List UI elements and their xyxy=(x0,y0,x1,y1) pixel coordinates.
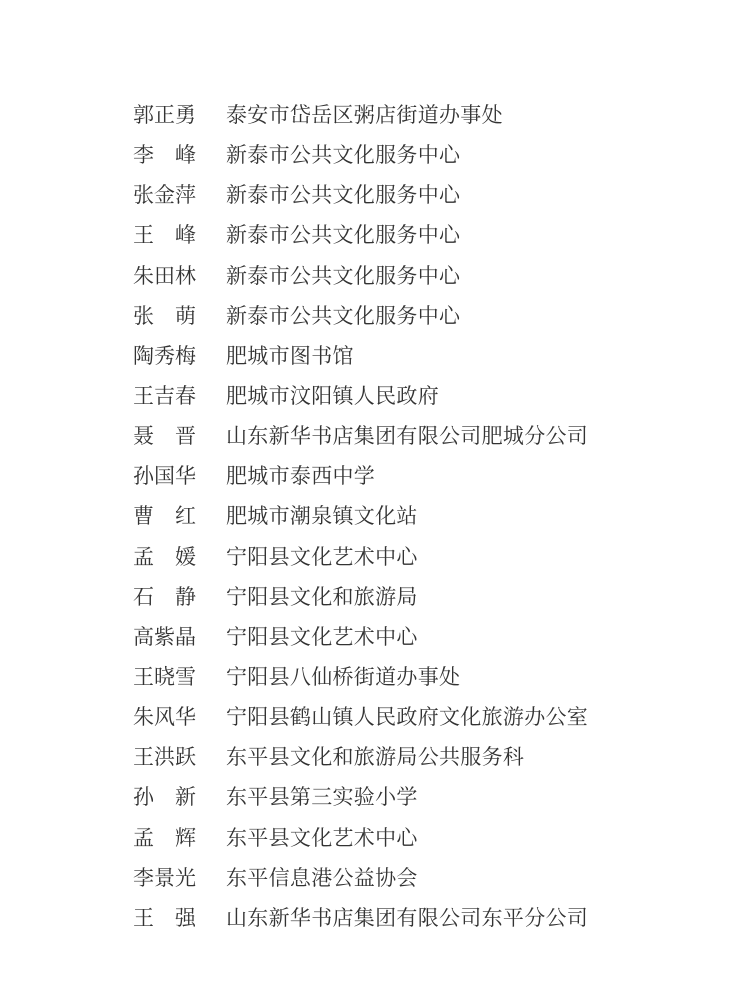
roster-list: 郭正勇泰安市岱岳区粥店街道办事处李 峰新泰市公共文化服务中心张金萍新泰市公共文化… xyxy=(133,103,588,946)
person-name: 陶秀梅 xyxy=(133,344,197,368)
person-name: 张金萍 xyxy=(133,183,197,207)
roster-row: 王 峰新泰市公共文化服务中心 xyxy=(133,223,588,263)
person-organization: 泰安市岱岳区粥店街道办事处 xyxy=(226,103,503,127)
roster-row: 聂 晋山东新华书店集团有限公司肥城分公司 xyxy=(133,424,588,464)
person-organization: 新泰市公共文化服务中心 xyxy=(226,183,460,207)
person-organization: 宁阳县文化艺术中心 xyxy=(226,545,418,569)
person-name: 曹 红 xyxy=(133,504,197,528)
roster-row: 李 峰新泰市公共文化服务中心 xyxy=(133,143,588,183)
roster-row: 朱田林新泰市公共文化服务中心 xyxy=(133,264,588,304)
person-organization: 宁阳县文化和旅游局 xyxy=(226,585,418,609)
roster-row: 王晓雪宁阳县八仙桥街道办事处 xyxy=(133,665,588,705)
person-organization: 新泰市公共文化服务中心 xyxy=(226,223,460,247)
person-organization: 宁阳县八仙桥街道办事处 xyxy=(226,665,460,689)
roster-row: 朱风华宁阳县鹤山镇人民政府文化旅游办公室 xyxy=(133,705,588,745)
person-name: 朱风华 xyxy=(133,705,197,729)
roster-row: 孙国华肥城市泰西中学 xyxy=(133,464,588,504)
roster-row: 高紫晶宁阳县文化艺术中心 xyxy=(133,625,588,665)
document-page: 郭正勇泰安市岱岳区粥店街道办事处李 峰新泰市公共文化服务中心张金萍新泰市公共文化… xyxy=(0,0,750,1000)
person-organization: 东平信息港公益协会 xyxy=(226,866,418,890)
person-organization: 东平县文化和旅游局公共服务科 xyxy=(226,745,524,769)
person-name: 石 静 xyxy=(133,585,197,609)
person-organization: 东平县文化艺术中心 xyxy=(226,826,418,850)
person-organization: 新泰市公共文化服务中心 xyxy=(226,264,460,288)
roster-row: 郭正勇泰安市岱岳区粥店街道办事处 xyxy=(133,103,588,143)
person-name: 王 峰 xyxy=(133,223,197,247)
person-name: 王晓雪 xyxy=(133,665,197,689)
roster-row: 陶秀梅肥城市图书馆 xyxy=(133,344,588,384)
roster-row: 曹 红肥城市潮泉镇文化站 xyxy=(133,504,588,544)
person-organization: 宁阳县鹤山镇人民政府文化旅游办公室 xyxy=(226,705,588,729)
person-name: 高紫晶 xyxy=(133,625,197,649)
roster-row: 王吉春肥城市汶阳镇人民政府 xyxy=(133,384,588,424)
person-name: 李景光 xyxy=(133,866,197,890)
person-name: 聂 晋 xyxy=(133,424,197,448)
person-name: 王吉春 xyxy=(133,384,197,408)
person-organization: 东平县第三实验小学 xyxy=(226,785,418,809)
person-organization: 宁阳县文化艺术中心 xyxy=(226,625,418,649)
person-name: 孙国华 xyxy=(133,464,197,488)
roster-row: 孟 辉东平县文化艺术中心 xyxy=(133,826,588,866)
person-name: 孙 新 xyxy=(133,785,197,809)
roster-row: 王洪跃东平县文化和旅游局公共服务科 xyxy=(133,745,588,785)
person-organization: 肥城市潮泉镇文化站 xyxy=(226,504,418,528)
person-organization: 肥城市汶阳镇人民政府 xyxy=(226,384,439,408)
person-name: 孟 媛 xyxy=(133,545,197,569)
person-organization: 新泰市公共文化服务中心 xyxy=(226,304,460,328)
person-name: 朱田林 xyxy=(133,264,197,288)
person-organization: 新泰市公共文化服务中心 xyxy=(226,143,460,167)
roster-row: 孟 媛宁阳县文化艺术中心 xyxy=(133,545,588,585)
roster-row: 张 萌新泰市公共文化服务中心 xyxy=(133,304,588,344)
roster-row: 王 强山东新华书店集团有限公司东平分公司 xyxy=(133,906,588,946)
person-name: 王 强 xyxy=(133,906,197,930)
person-name: 孟 辉 xyxy=(133,826,197,850)
roster-row: 李景光东平信息港公益协会 xyxy=(133,866,588,906)
person-organization: 肥城市图书馆 xyxy=(226,344,354,368)
person-name: 张 萌 xyxy=(133,304,197,328)
roster-row: 孙 新东平县第三实验小学 xyxy=(133,785,588,825)
roster-row: 石 静宁阳县文化和旅游局 xyxy=(133,585,588,625)
person-name: 李 峰 xyxy=(133,143,197,167)
person-organization: 肥城市泰西中学 xyxy=(226,464,375,488)
person-organization: 山东新华书店集团有限公司肥城分公司 xyxy=(226,424,588,448)
roster-row: 张金萍新泰市公共文化服务中心 xyxy=(133,183,588,223)
person-name: 郭正勇 xyxy=(133,103,197,127)
person-organization: 山东新华书店集团有限公司东平分公司 xyxy=(226,906,588,930)
person-name: 王洪跃 xyxy=(133,745,197,769)
